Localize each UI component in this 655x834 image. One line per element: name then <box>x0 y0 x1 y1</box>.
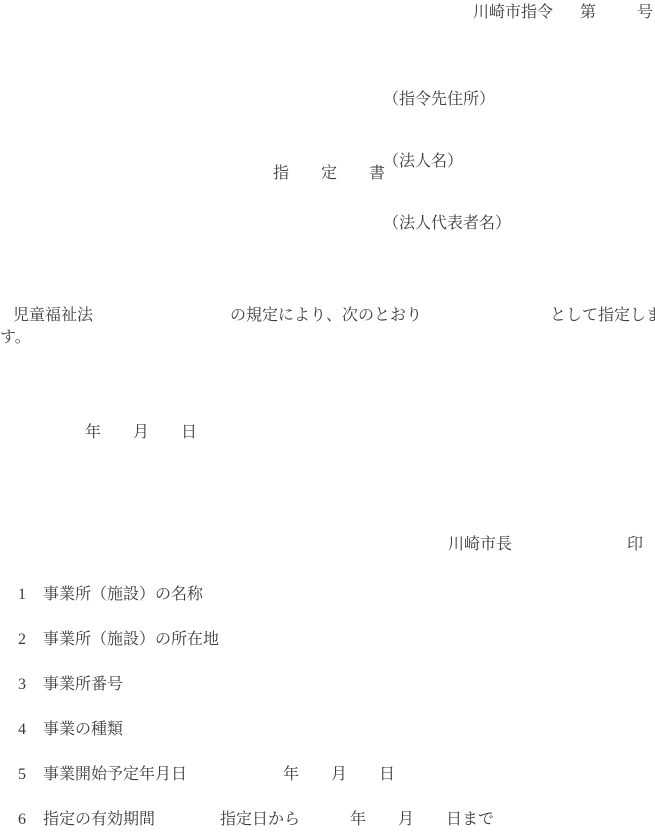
body-law-name: 児童福祉法 <box>13 306 93 325</box>
item-business-type: 4 事業の種類 <box>0 720 655 742</box>
item-number: 5 <box>18 765 26 784</box>
body-paragraph-line1: 児童福祉法 の規定により、次のとおり として指定しま <box>0 306 655 328</box>
directive-go-label: 号 <box>637 3 653 22</box>
seal-placeholder: 印 <box>627 535 643 554</box>
item-label: 事業所番号 <box>43 675 123 694</box>
item-business-location: 2 事業所（施設）の所在地 <box>0 630 655 652</box>
item-label: 指定の有効期間 <box>43 810 155 829</box>
directive-dai-label: 第 <box>580 3 596 22</box>
body-paragraph-line2: す。 <box>0 328 31 347</box>
item-business-name: 1 事業所（施設）の名称 <box>0 585 655 607</box>
item-business-start-date: 5 事業開始予定年月日 年 月 日 <box>0 765 655 787</box>
item-validity-until-placeholder: 年 月 日まで <box>350 810 494 829</box>
item-label: 事業開始予定年月日 <box>43 765 187 784</box>
item-label: 事業の種類 <box>43 720 123 739</box>
item-business-office-number: 3 事業所番号 <box>0 675 655 697</box>
mayor-name-label: 川崎市長 <box>448 535 512 554</box>
issue-date-line: 年 月 日 <box>85 423 197 442</box>
item-number: 3 <box>18 675 26 694</box>
item-designation-validity-period: 6 指定の有効期間 指定日から 年 月 日まで <box>0 810 655 832</box>
recipient-corporation-name-label: （法人名） <box>383 150 643 174</box>
directive-number-line: 川崎市指令 第 号 <box>473 3 655 23</box>
document-title: 指 定 書 <box>273 164 385 183</box>
item-number: 6 <box>18 810 26 829</box>
recipient-representative-name-label: （法人代表者名） <box>383 212 643 236</box>
item-label: 事業所（施設）の名称 <box>43 585 203 604</box>
item-number: 2 <box>18 630 26 649</box>
body-designate-text: として指定しま <box>550 306 655 325</box>
signature-line: 川崎市長 印 <box>0 535 655 555</box>
item-number: 4 <box>18 720 26 739</box>
recipient-block: （指令先住所） （法人名） （法人代表者名） <box>383 50 643 274</box>
item-label: 事業所（施設）の所在地 <box>43 630 219 649</box>
item-number: 1 <box>18 585 26 604</box>
designation-certificate-document: 川崎市指令 第 号 （指令先住所） （法人名） （法人代表者名） 指 定 書 児… <box>0 0 655 834</box>
item-validity-from-label: 指定日から <box>220 810 300 829</box>
body-provision-text: の規定により、次のとおり <box>230 306 422 325</box>
recipient-address-label: （指令先住所） <box>383 88 643 112</box>
directive-agency-label: 川崎市指令 <box>473 3 553 22</box>
item-date-placeholder: 年 月 日 <box>283 765 395 784</box>
